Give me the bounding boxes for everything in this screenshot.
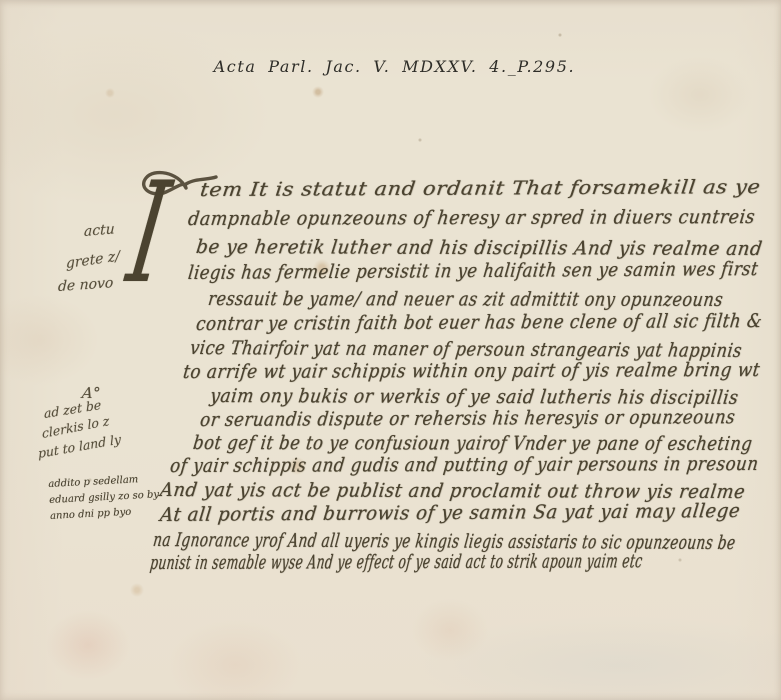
page-caption: Acta Parl. Jac. V. MDXXV. 4._P.295. [214,57,576,76]
manuscript-page: Acta Parl. Jac. V. MDXXV. 4._P.295. I te… [0,0,781,700]
manuscript-line: to arrife wt yair schippis within ony pa… [182,359,761,383]
manuscript-line: bot gef it be to ye confusioun yairof Vn… [192,432,754,455]
margin-note: actu [84,221,115,240]
manuscript-line: dampnable opunzeouns of heresy ar spred … [187,206,756,230]
margin-note: grete z/ [66,248,120,272]
manuscript-line: tem It is statut and ordanit That forsam… [199,176,762,201]
margin-note: de novo [58,275,114,295]
manuscript-line: And yat yis act be publist and proclamit… [159,479,747,503]
manuscript-line: be ye heretik luther and his discipillis… [195,236,764,260]
margin-note-block: addito p sedellam eduard gsilly zo so by… [48,471,160,525]
manuscript-line: vice Thairfoir yat na maner of persoun s… [189,337,744,362]
manuscript-line: liegis has fermelie persistit in ye hali… [187,258,759,284]
manuscript-line: contrar ye cristin faith bot euer has be… [195,310,764,335]
manuscript-line: punist in semable wyse And ye effect of … [149,550,644,574]
manuscript-line: or seruandis dispute or rehersis his her… [199,406,737,431]
manuscript-line: ressauit be yame/ and neuer as zit admit… [207,288,725,311]
manuscript-line: At all portis and burrowis of ye samin S… [159,500,741,526]
manuscript-line: yaim ony bukis or werkis of ye said luth… [209,385,740,409]
manuscript-line: of yair schippis and gudis and putting o… [169,453,760,477]
